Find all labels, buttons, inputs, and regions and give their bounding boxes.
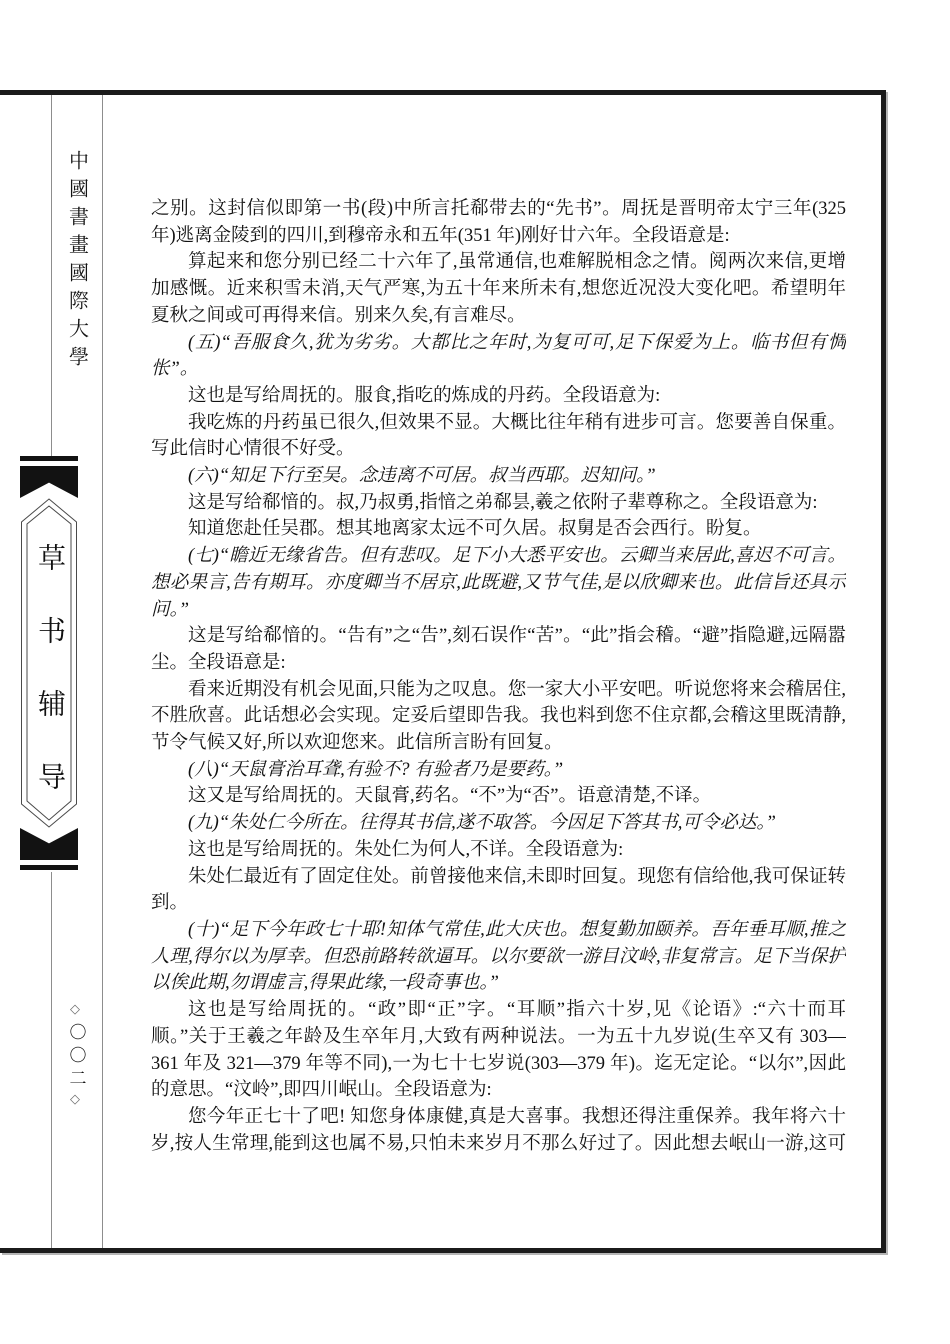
commentary-paragraph: 这是写给郗愔的。“告有”之“告”,刻石误作“苦”。“此”指会稽。“避”指隐避,远… <box>151 623 846 676</box>
letter-quote-paragraph: (九)“朱处仁今所在。往得其书信,遂不取答。今因足下答其书,可令必达。” <box>151 810 846 837</box>
university-title: 中國書畫國際大學 <box>63 150 92 374</box>
series-banner: 草书辅导 <box>20 456 78 872</box>
letter-quote-paragraph: (七)“瞻近无缘省告。但有悲叹。足下小大悉平安也。云卿当来居此,喜迟不可言。想必… <box>151 543 846 623</box>
letter-quote-paragraph: (十)“足下今年政七十耶!知体气常佳,此大庆也。想复勤加颐养。吾年垂耳顺,推之人… <box>151 917 846 997</box>
commentary-paragraph: 这又是写给周抚的。天鼠膏,药名。“不”为“否”。语意清楚,不译。 <box>151 783 846 810</box>
letter-quote-paragraph: (五)“吾服食久,犹为劣劣。大都比之年时,为复可可,足下保爱为上。临书但有惆怅”… <box>151 330 846 383</box>
page-number-value: 〇〇二 <box>67 1023 86 1092</box>
letter-quote-paragraph: (六)“知足下行至吴。念违离不可居。叔当西耶。迟知问。” <box>151 463 846 490</box>
banner-title: 草书辅导 <box>29 543 69 835</box>
page-number: ◇〇〇二◇ <box>64 1002 89 1113</box>
main-text: 之别。这封信似即第一书(段)中所言托郗带去的“先书”。周抚是晋明帝太宁三年(32… <box>151 196 846 1158</box>
banner-bottom-bar <box>20 865 78 870</box>
commentary-paragraph: 这也是写给周抚的。服食,指吃的炼成的丹药。全段语意为: <box>151 383 846 410</box>
commentary-paragraph: 这也是写给周抚的。朱处仁为何人,不详。全段语意为: <box>151 837 846 864</box>
page-number-diamond-top: ◇ <box>69 1002 84 1023</box>
letter-quote-paragraph: (八)“天鼠膏治耳聋,有验不? 有验者乃是要药。” <box>151 757 846 784</box>
spine-rule-right <box>102 95 103 1248</box>
commentary-paragraph: 朱处仁最近有了固定住处。前曾接他来信,未即时回复。现您有信给他,我可保证转到。 <box>151 864 846 917</box>
commentary-paragraph: 之别。这封信似即第一书(段)中所言托郗带去的“先书”。周抚是晋明帝太宁三年(32… <box>151 196 846 249</box>
banner-top-chevron <box>20 466 78 498</box>
banner-top-bar <box>20 456 78 461</box>
page-number-diamond-bottom: ◇ <box>69 1092 84 1113</box>
commentary-paragraph: 看来近期没有机会见面,只能为之叹息。您一家大小平安吧。听说您将来会稽居住,不胜欣… <box>151 677 846 757</box>
commentary-paragraph: 我吃炼的丹药虽已很久,但效果不显。大概比往年稍有进步可言。您要善自保重。写此信时… <box>151 410 846 463</box>
commentary-paragraph: 这是写给郗愔的。叔,乃叔勇,指愔之弟郗昙,羲之依附子辈尊称之。全段语意为: <box>151 490 846 517</box>
commentary-paragraph: 您今年正七十了吧! 知您身体康健,真是大喜事。我想还得注重保养。我年将六十岁,按… <box>151 1104 846 1158</box>
commentary-paragraph: 知道您赴任吴郡。想其地离家太远不可久居。叔舅是否会西行。盼复。 <box>151 516 846 543</box>
commentary-paragraph: 算起来和您分别已经二十六年了,虽常通信,也难解脱相念之情。阅两次来信,更增加感慨… <box>151 249 846 329</box>
commentary-paragraph: 这也是写给周抚的。“政”即“正”字。“耳顺”指六十岁,见《论语》:“六十而耳顺。… <box>151 997 846 1104</box>
